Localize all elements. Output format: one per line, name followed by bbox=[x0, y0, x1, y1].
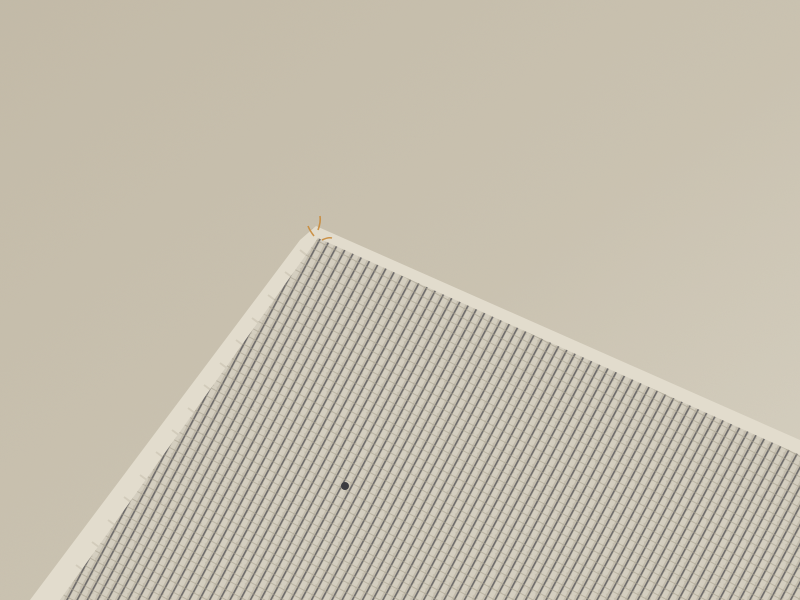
photo-scene: Folded rug corner showing woven backing bbox=[0, 0, 800, 600]
rug-photo bbox=[0, 0, 800, 600]
